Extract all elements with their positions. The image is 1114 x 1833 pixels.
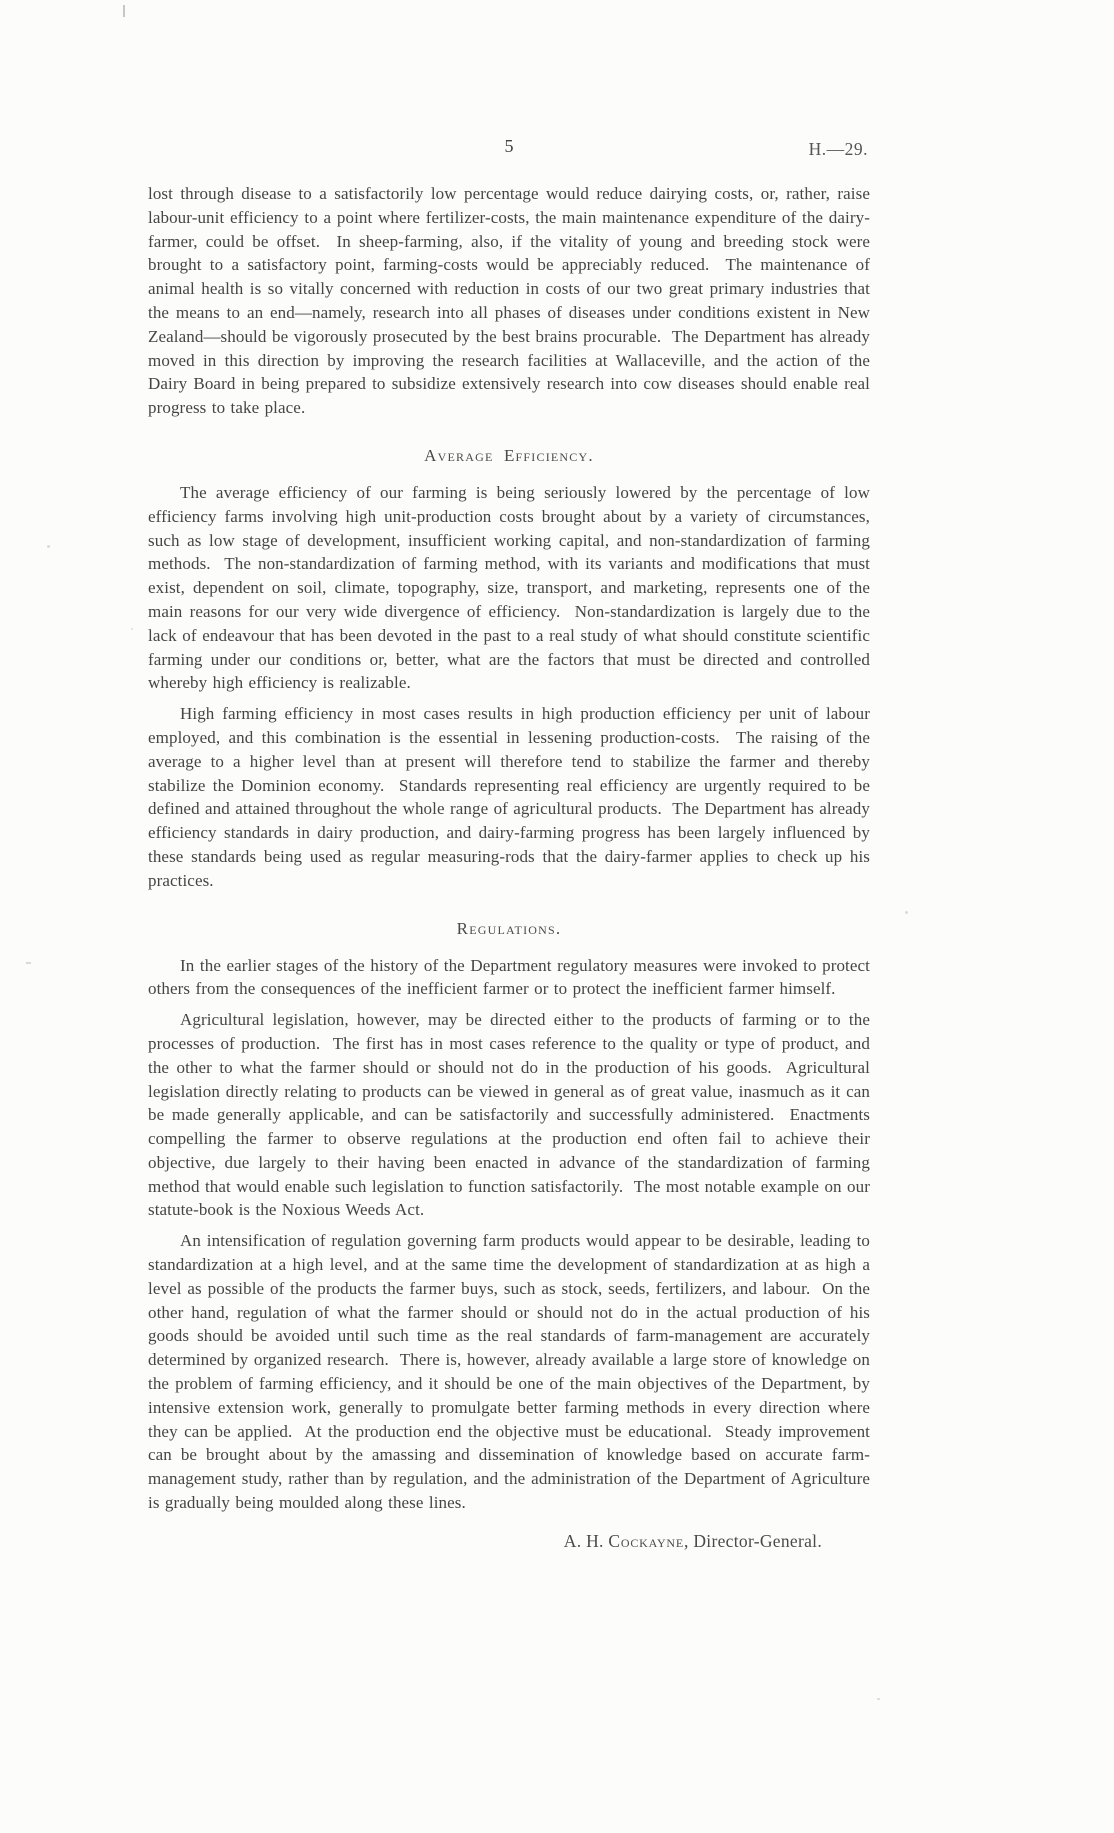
scan-artifact	[131, 628, 133, 630]
text-block: 5 H.—29. lost through disease to a satis…	[148, 136, 870, 1552]
scan-artifact	[47, 545, 50, 548]
scan-artifact	[123, 5, 125, 17]
paragraph-regulations-2: Agricultural legislation, however, may b…	[148, 1008, 870, 1222]
signature-line: A. H. Cockayne, Director-General.	[148, 1531, 870, 1552]
paragraph-regulations-1: In the earlier stages of the history of …	[148, 954, 870, 1002]
page-number: 5	[148, 136, 870, 157]
paragraph-average-efficiency-2: High farming efficiency in most cases re…	[148, 702, 870, 892]
document-page: 5 H.—29. lost through disease to a satis…	[0, 0, 1114, 1833]
scan-artifact	[26, 962, 31, 964]
paragraph-average-efficiency-1: The average efficiency of our farming is…	[148, 481, 870, 695]
scan-artifact	[905, 911, 908, 914]
paragraph-intro-continuation: lost through disease to a satisfactorily…	[148, 182, 870, 420]
section-heading-regulations: Regulations.	[148, 919, 870, 939]
signature-name: Cockayne	[608, 1531, 684, 1551]
scan-artifact	[877, 1698, 880, 1700]
doc-reference: H.—29.	[809, 139, 868, 160]
paragraph-regulations-3: An intensification of regulation governi…	[148, 1229, 870, 1515]
section-heading-average-efficiency: Average Efficiency.	[148, 446, 870, 466]
signature-prefix: A. H.	[564, 1531, 609, 1551]
signature-suffix: , Director-General.	[684, 1531, 822, 1551]
page-header: 5 H.—29.	[148, 136, 870, 162]
